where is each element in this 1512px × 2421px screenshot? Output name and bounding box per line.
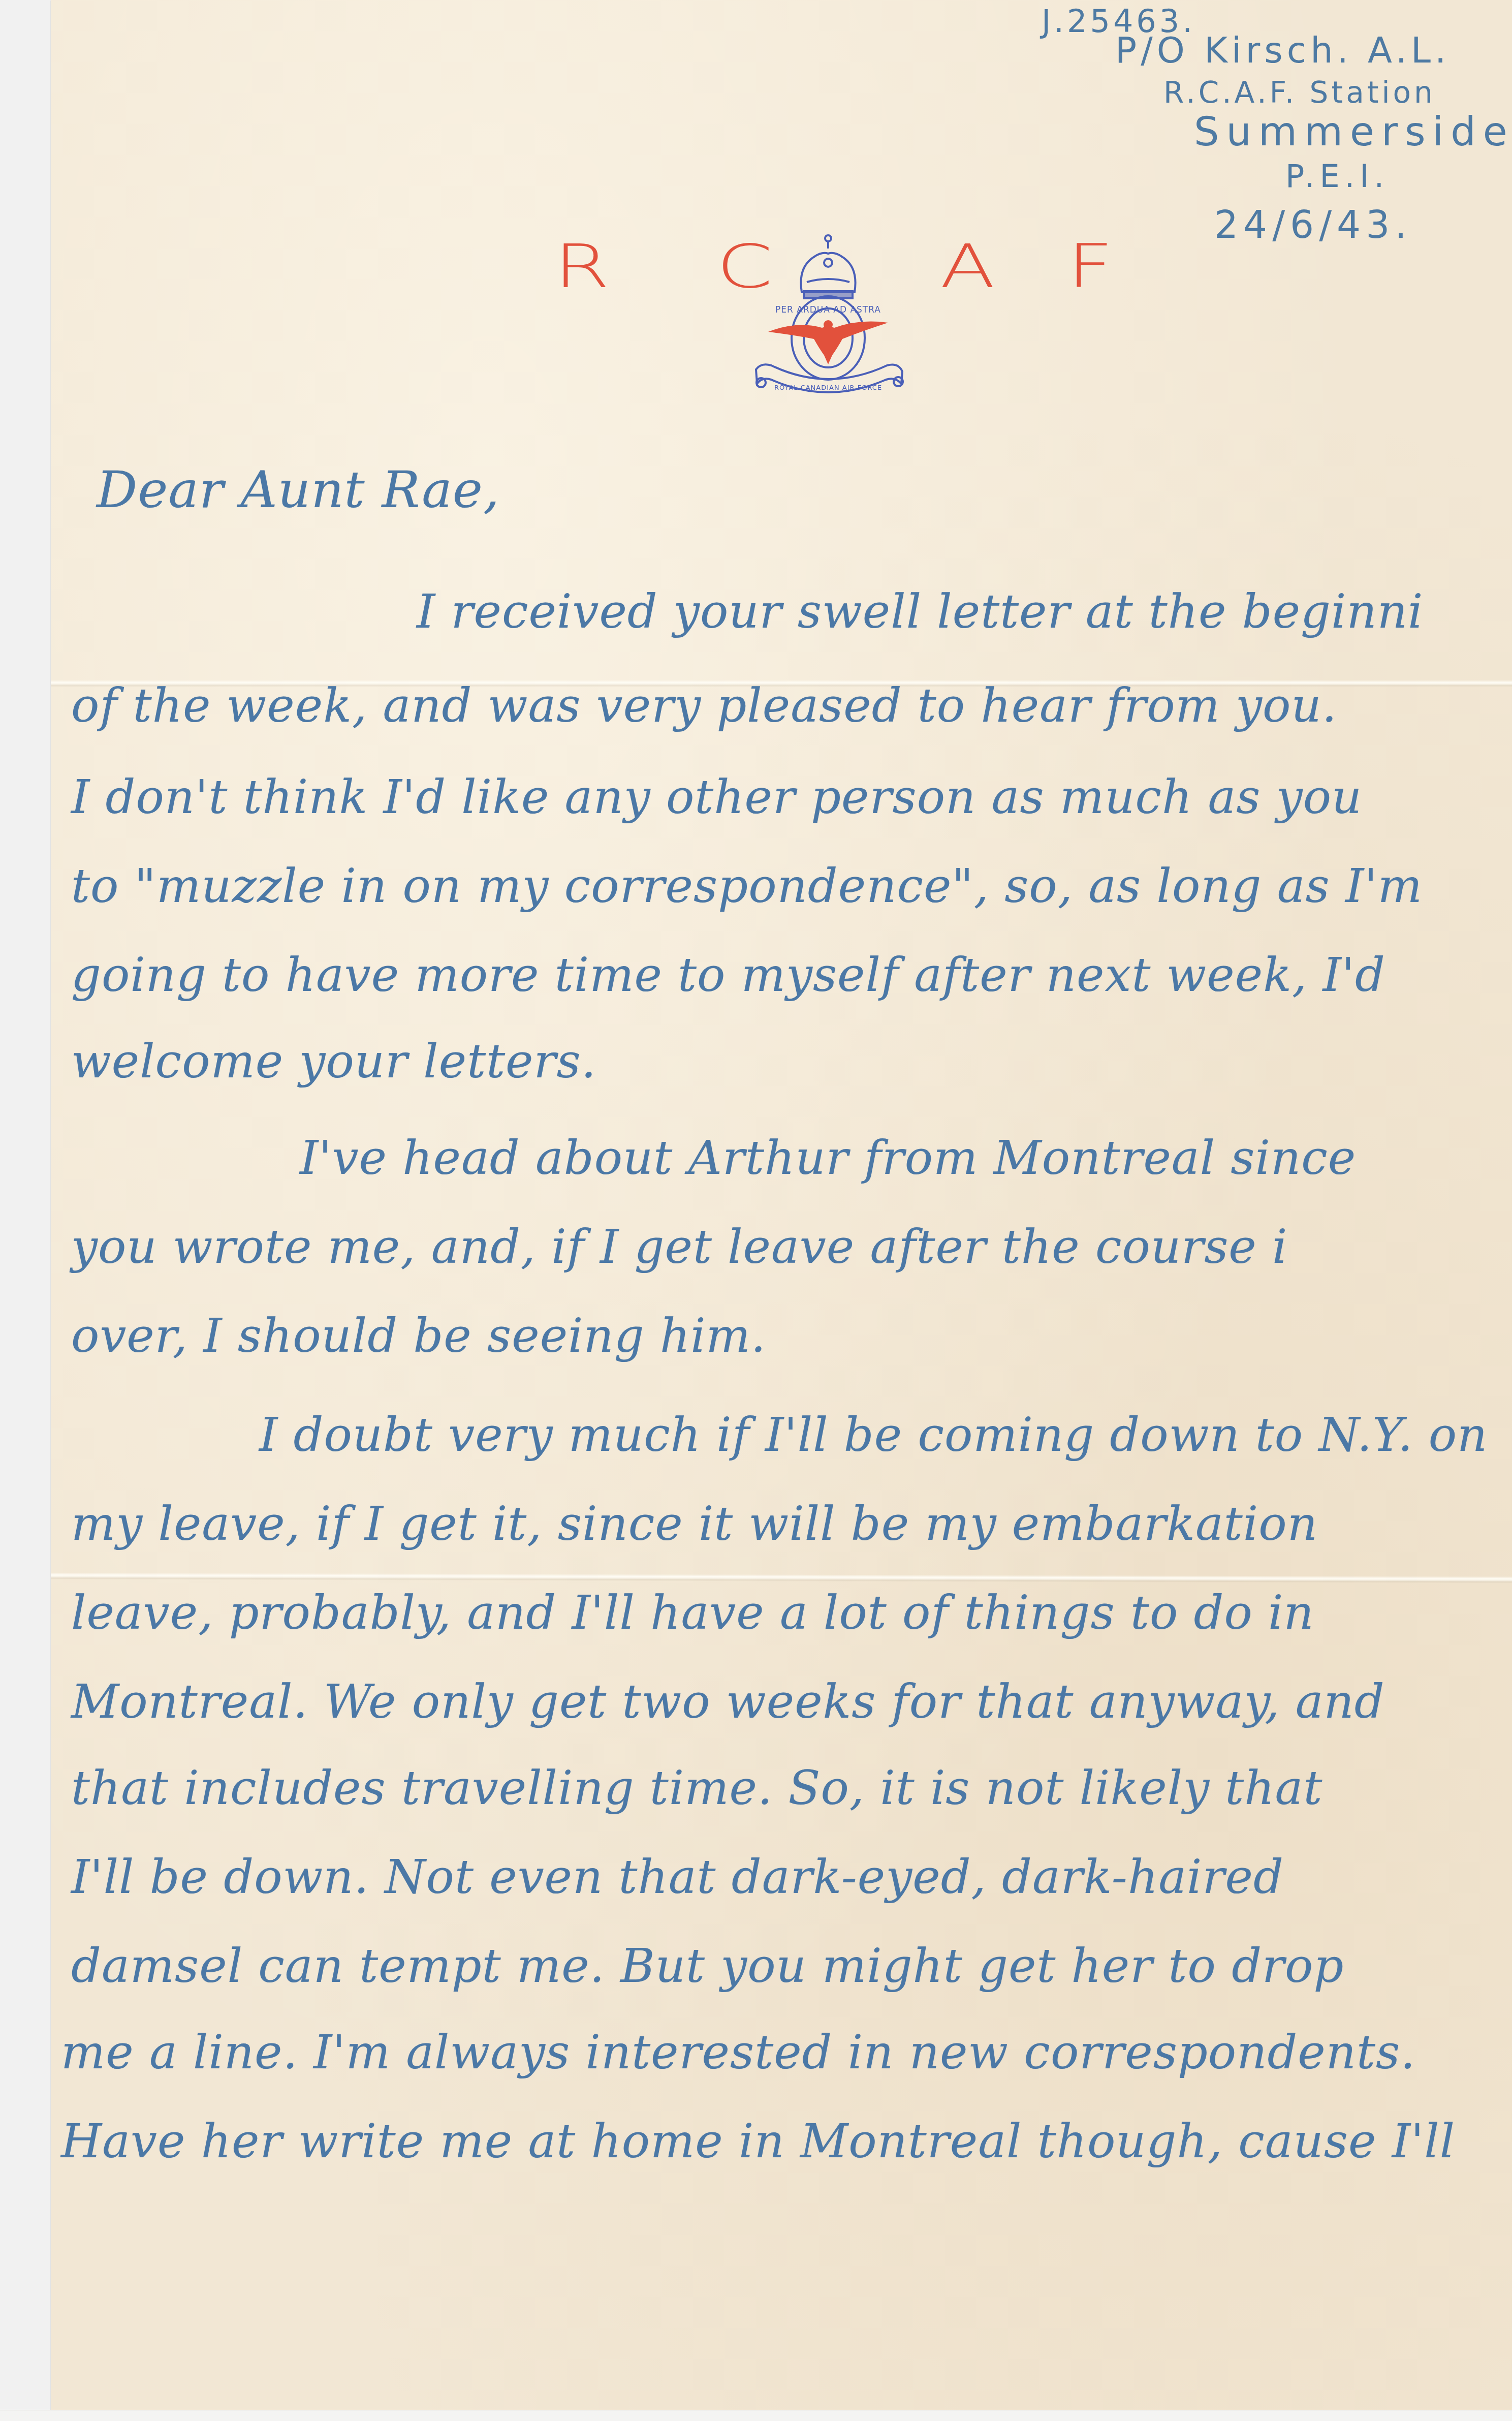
body-line: I'll be down. Not even that dark-eyed, d… (71, 1850, 1284, 1904)
body-line: damsel can tempt me. But you might get h… (71, 1939, 1344, 1993)
body-line: Have her write me at home in Montreal th… (61, 2114, 1455, 2168)
sender-station: R.C.A.F. Station (1163, 75, 1436, 110)
sender-town: Summerside (1194, 109, 1512, 155)
scanner-background-margin (0, 0, 51, 2421)
rcaf-letterhead: R C PER ARDUA AD ASTRA (549, 231, 1123, 399)
body-line: that includes travelling time. So, it is… (71, 1761, 1322, 1815)
salutation: Dear Aunt Rae, (97, 460, 500, 519)
svg-text:PER ARDUA AD ASTRA: PER ARDUA AD ASTRA (775, 305, 881, 315)
sender-province: P.E.I. (1285, 158, 1389, 195)
body-line: my leave, if I get it, since it will be … (71, 1497, 1318, 1551)
body-line: welcome your letters. (71, 1034, 596, 1089)
body-line: I received your swell letter at the begi… (417, 584, 1423, 639)
body-line: I doubt very much if I'll be coming down… (259, 1408, 1488, 1462)
scanner-background-strip (0, 2410, 1512, 2421)
body-line: going to have more time to myself after … (71, 948, 1385, 1002)
body-line: leave, probably, and I'll have a lot of … (71, 1586, 1314, 1640)
body-line: I've head about Arthur from Montreal sin… (300, 1131, 1356, 1185)
letterhead-letter-f: F (1067, 236, 1114, 296)
rcaf-eagle-crown-crest-icon: PER ARDUA AD ASTRA ROYAL CANADIAN AIR FO… (751, 231, 908, 399)
letter-page: R C PER ARDUA AD ASTRA (51, 0, 1512, 2410)
svg-text:ROYAL CANADIAN AIR FORCE: ROYAL CANADIAN AIR FORCE (774, 384, 882, 392)
sender-name: P/O Kirsch. A.L. (1115, 29, 1450, 71)
body-line: you wrote me, and, if I get leave after … (71, 1220, 1287, 1274)
body-line: I don't think I'd like any other person … (71, 770, 1362, 824)
letterhead-letter-r: R (554, 236, 610, 296)
body-line: of the week, and was very pleased to hea… (71, 678, 1337, 733)
fold-crease-lower (51, 1572, 1512, 1584)
letterhead-letter-a: A (940, 236, 995, 296)
body-line: over, I should be seeing him. (71, 1309, 766, 1363)
letter-date: 24/6/43. (1214, 203, 1412, 247)
body-line: Montreal. We only get two weeks for that… (71, 1674, 1385, 1729)
body-line: to "muzzle in on my correspondence", so,… (71, 859, 1423, 913)
body-line: me a line. I'm always interested in new … (61, 2025, 1415, 2079)
